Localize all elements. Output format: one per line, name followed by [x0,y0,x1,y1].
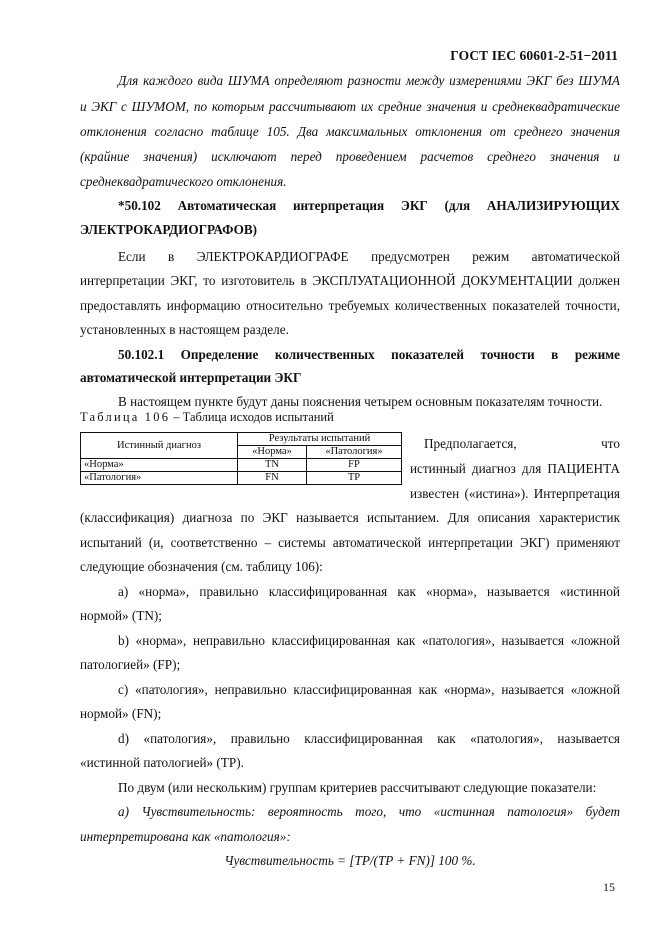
intro-line-2: и ЭКГ с ШУМОМ, по которым рассчитывают и… [80,99,620,115]
heading-50-102-line-2: ЭЛЕКТРОКАРДИОГРАФОВ) [80,222,620,238]
definition-c-line-2: нормой» (FN); [80,706,620,722]
table-cell: FP [306,459,401,472]
table-cell: TN [238,459,307,472]
body-line-2: испытаний (и, соответственно – системы а… [80,535,620,551]
sensitivity-line-1: a) Чувствительность: вероятность того, ч… [80,804,620,820]
side-text-line-3: известен («истина»). Интерпретация [410,486,620,502]
definition-b-line-2: патологией» (FP); [80,657,620,673]
indicators-intro: По двум (или нескольким) группам критери… [80,780,620,796]
heading-50-102-1-line-2: автоматической интерпретации ЭКГ [80,370,620,386]
table-subheader-norm: «Норма» [238,446,307,459]
definition-c-line-1: c) «патология», неправильно классифициро… [80,682,620,698]
heading-50-102-line-1: *50.102 Автоматическая интерпретация ЭКГ… [80,198,620,214]
table-row-label: «Норма» [81,459,238,472]
sensitivity-formula: Чувствительность = [TP/(TP + FN)] 100 %. [80,853,620,869]
table-106: Истинный диагноз Результаты испытаний «Н… [80,432,402,485]
definition-a-line-1: a) «норма», правильно классифицированная… [80,584,620,600]
body-line-3: следующие обозначения (см. таблицу 106): [80,559,620,575]
table-row: «Норма» TN FP [81,459,402,472]
document-header-standard: ГОСТ IEC 60601-2-51−2011 [450,48,618,64]
para-50-102-line-3: предоставлять информацию относительно тр… [80,298,620,314]
para-50-102-line-4: установленных в настоящем разделе. [80,322,620,338]
intro-line-1: Для каждого вида ШУМА определяют разност… [80,73,620,89]
section-50-102-1-intro: В настоящем пункте будут даны пояснения … [80,394,620,410]
table-header-results: Результаты испытаний [238,433,402,446]
side-text-line-1: Предполагается, что [410,436,620,452]
definition-d-line-1: d) «патология», правильно классифицирова… [80,731,620,747]
table-106-caption-dash: – [173,410,179,424]
definition-a-line-2: нормой» (TN); [80,608,620,624]
table-row: «Патология» FN TP [81,472,402,485]
side-text-line-2: истинный диагноз для ПАЦИЕНТА [410,461,620,477]
para-50-102-line-1: Если в ЭЛЕКТРОКАРДИОГРАФЕ предусмотрен р… [80,249,620,265]
para-50-102-line-2: интерпретации ЭКГ, то изготовитель в ЭКС… [80,273,620,289]
definition-d-line-2: «истинной патологией» (TP). [80,755,620,771]
table-106-caption-title: Таблица исходов испытаний [183,410,334,424]
table-header-true-diagnosis: Истинный диагноз [81,433,238,459]
table-106-caption-label: Таблица 106 [80,410,170,424]
intro-line-3: отклонения согласно таблице 105. Два мак… [80,124,620,140]
intro-line-5: среднеквадратического отклонения. [80,174,620,190]
table-cell: FN [238,472,307,485]
heading-50-102-1-line-1: 50.102.1 Определение количественных пока… [80,347,620,363]
table-106-caption: Таблица 106 – Таблица исходов испытаний [80,410,334,425]
sensitivity-line-2: интерпретирована как «патология»: [80,829,620,845]
table-row-label: «Патология» [81,472,238,485]
definition-b-line-1: b) «норма», неправильно классифицированн… [80,633,620,649]
page-number: 15 [603,880,615,895]
table-subheader-pathology: «Патология» [306,446,401,459]
body-line-1: (классификация) диагноза по ЭКГ называет… [80,510,620,526]
table-cell: TP [306,472,401,485]
intro-line-4: (крайние значения) исключают перед прове… [80,149,620,165]
table-header-row-1: Истинный диагноз Результаты испытаний [81,433,402,446]
